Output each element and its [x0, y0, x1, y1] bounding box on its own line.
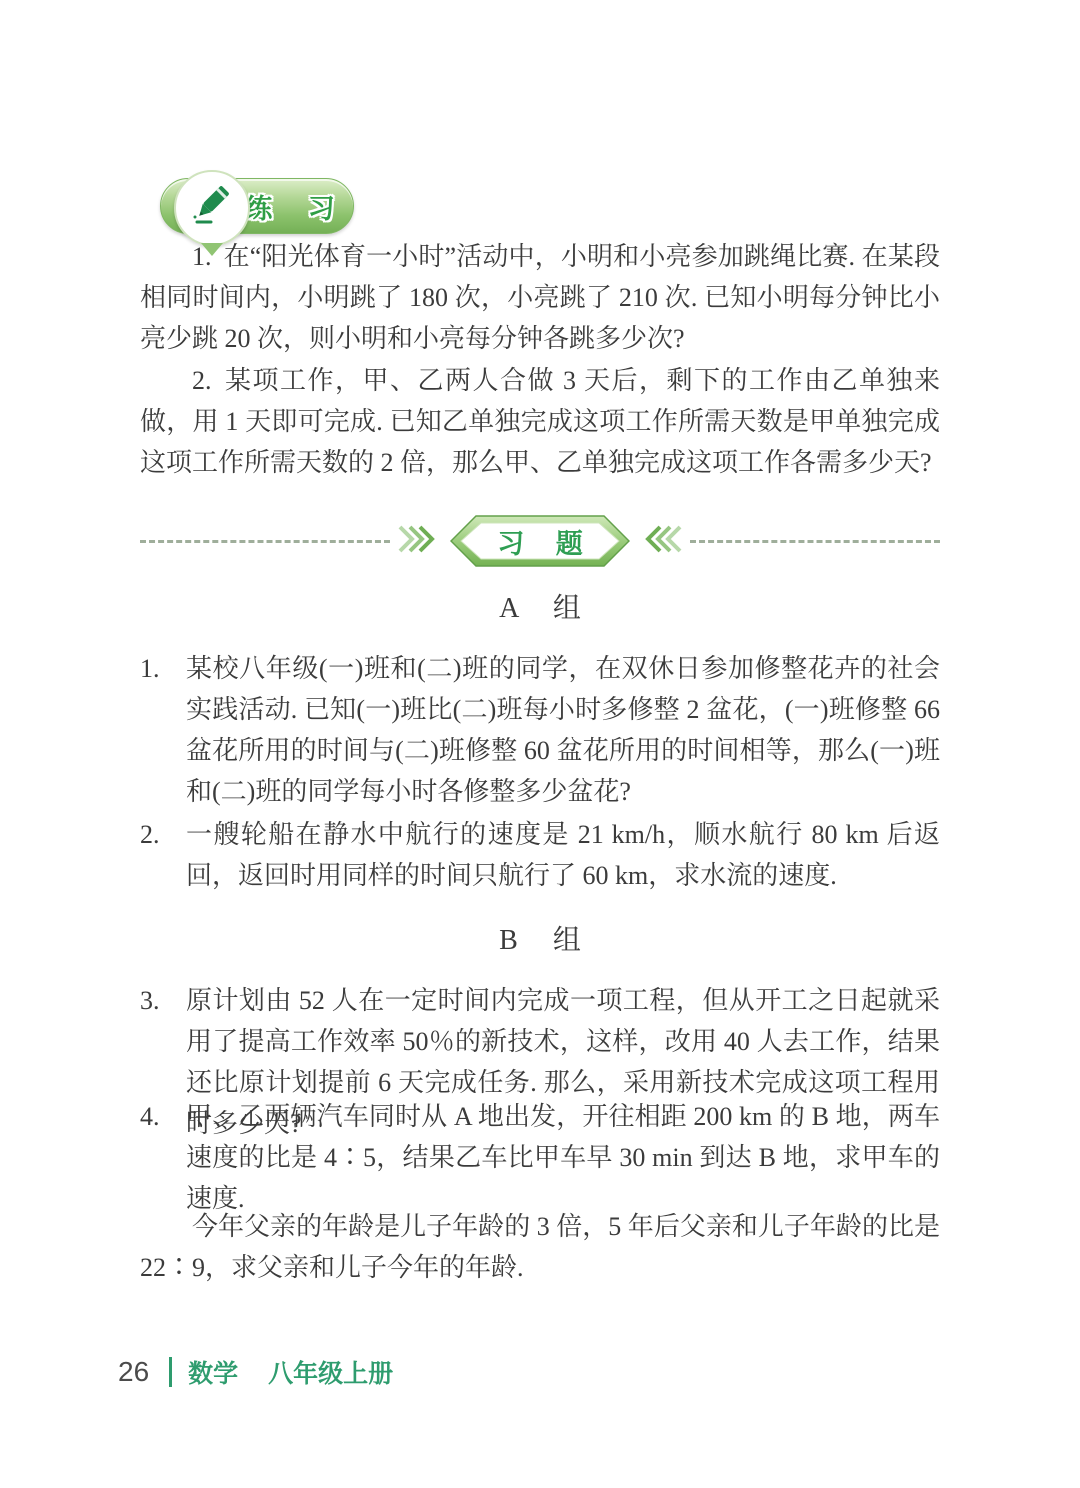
footer-divider-bar	[169, 1357, 172, 1387]
problem-number: 2.	[192, 366, 212, 395]
problem-number: 1.	[140, 648, 186, 812]
problem-number: 4.	[140, 1096, 186, 1219]
practice-problem-1: 1.在“阳光体育一小时”活动中，小明和小亮参加跳绳比赛. 在某段相同时间内，小明…	[140, 236, 940, 359]
problem-number: 2.	[140, 814, 186, 896]
problem-number: 1.	[192, 242, 212, 271]
exercises-banner-badge: 习 题	[450, 515, 630, 567]
problem-text: 在“阳光体育一小时”活动中，小明和小亮参加跳绳比赛. 在某段相同时间内，小明跳了…	[140, 242, 940, 353]
group-a-problem-1: 1. 某校八年级(一)班和(二)班的同学，在双休日参加修整花卉的社会实践活动. …	[140, 648, 940, 812]
problem-text: 某项工作，甲、乙两人合做 3 天后，剩下的工作由乙单独来做，用 1 天即可完成.…	[140, 366, 940, 477]
group-b-title: B 组	[140, 918, 940, 958]
group-b-problem-4: 4. 甲、乙两辆汽车同时从 A 地出发，开往相距 200 km 的 B 地，两车…	[140, 1096, 940, 1219]
problem-text: 某校八年级(一)班和(二)班的同学，在双休日参加修整花卉的社会实践活动. 已知(…	[186, 648, 940, 812]
practice-icon-circle	[174, 170, 250, 246]
pencil-icon	[189, 183, 235, 234]
page-footer: 26 数学 八年级上册	[118, 1354, 393, 1390]
problem-text: 甲、乙两辆汽车同时从 A 地出发，开往相距 200 km 的 B 地，两车速度的…	[186, 1096, 940, 1219]
page-number: 26	[118, 1356, 149, 1388]
divider-dash-right	[690, 540, 940, 543]
practice-problem-2: 2.某项工作，甲、乙两人合做 3 天后，剩下的工作由乙单独来做，用 1 天即可完…	[140, 360, 940, 483]
problem-text: 一艘轮船在静水中航行的速度是 21 km/h，顺水航行 80 km 后返回，返回…	[186, 814, 940, 896]
divider-dash-left	[140, 540, 390, 543]
footer-subject: 数学	[188, 1354, 238, 1390]
group-a-title: A 组	[140, 586, 940, 626]
chevron-right-icon	[396, 519, 438, 564]
group-a-problem-2: 2. 一艘轮船在静水中航行的速度是 21 km/h，顺水航行 80 km 后返回…	[140, 814, 940, 896]
footer-book-title: 八年级上册	[268, 1354, 393, 1390]
exercises-banner-label: 习 题	[450, 515, 630, 567]
chevron-left-icon	[642, 519, 684, 564]
final-problem: 今年父亲的年龄是儿子年龄的 3 倍，5 年后父亲和儿子年龄的比是 22∶9，求父…	[140, 1206, 940, 1288]
exercises-divider: 习 题	[140, 514, 940, 568]
